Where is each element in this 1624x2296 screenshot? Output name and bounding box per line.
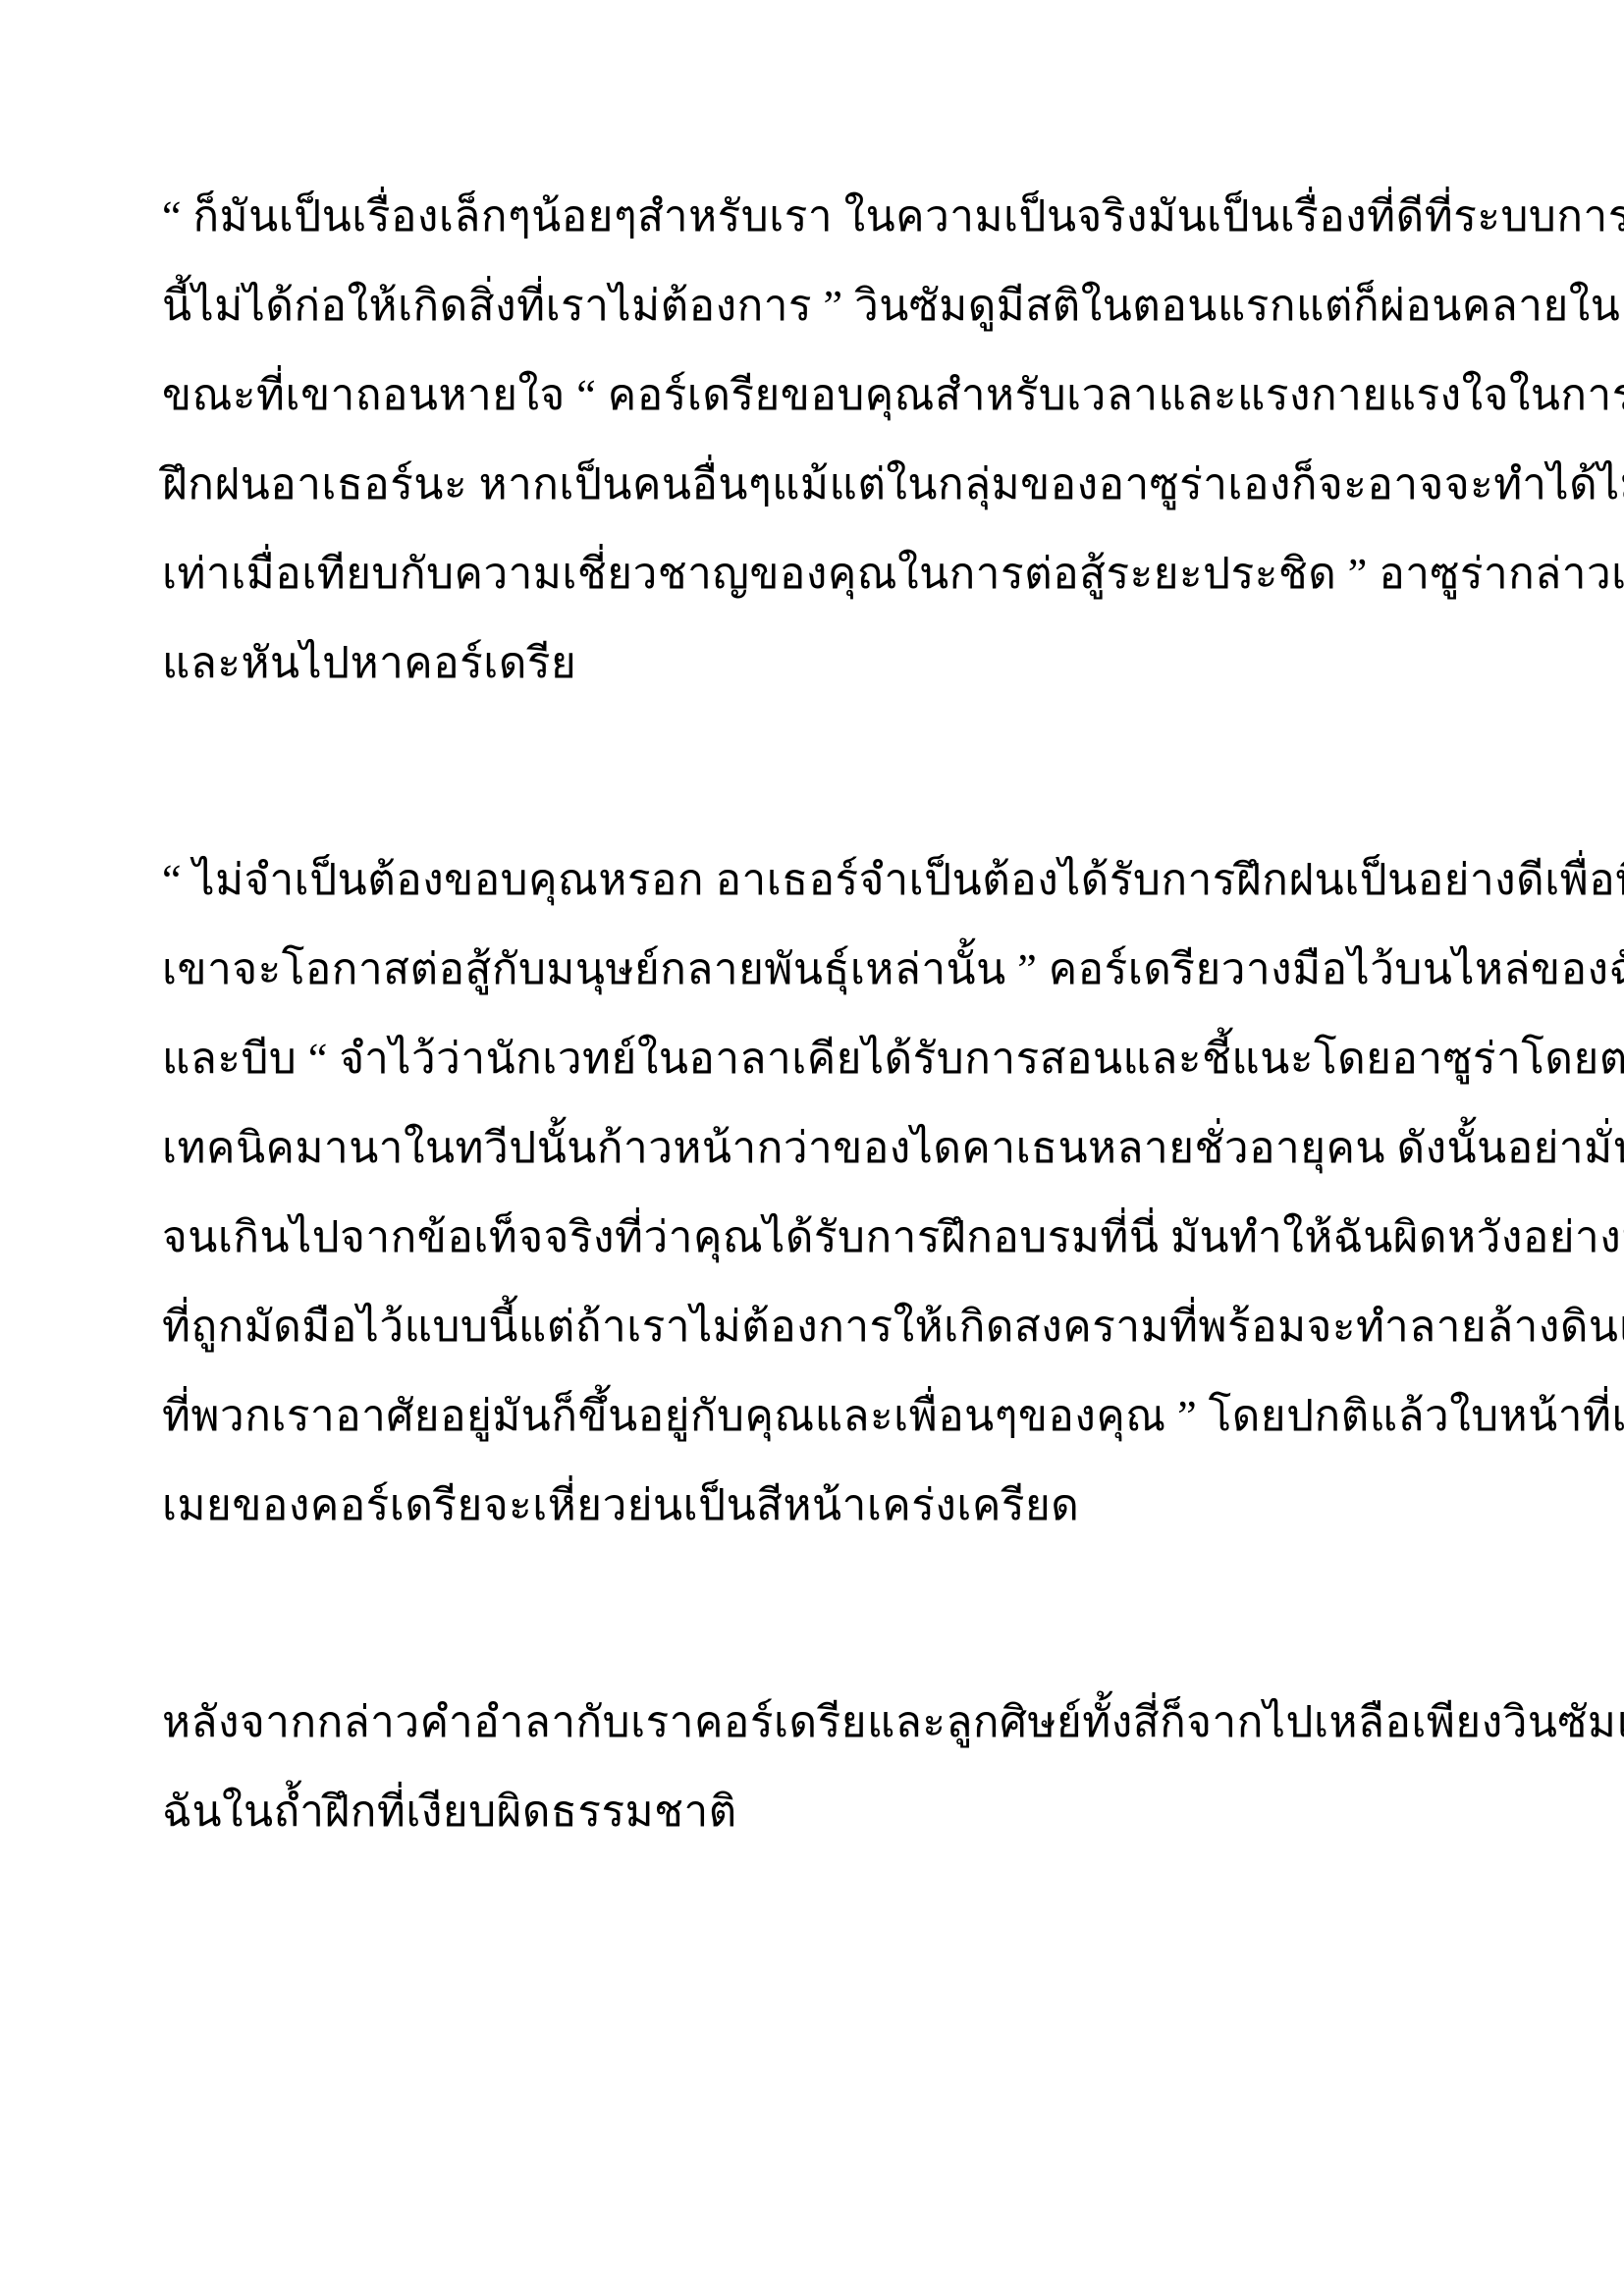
paragraph-2: “ ไม่จำเป็นต้องขอบคุณหรอก อาเธอร์จำเป็นต…: [162, 835, 1537, 1550]
text-line: เท่าเมื่อเทียบกับความเชี่ยวชาญของคุณในกา…: [162, 529, 1537, 618]
text-line: และบีบ “ จำไว้ว่านักเวทย์ในอาลาเคียได้รั…: [162, 1014, 1537, 1103]
text-line: “ ก็มันเป็นเรื่องเล็กๆน้อยๆสำหรับเรา ในค…: [162, 172, 1537, 261]
text-line: หลังจากกล่าวคำอำลากับเราคอร์เดรียและลูกศ…: [162, 1678, 1537, 1767]
text-line: เทคนิคมานาในทวีปนั้นก้าวหน้ากว่าของไดคาเ…: [162, 1103, 1537, 1193]
paragraph-3: หลังจากกล่าวคำอำลากับเราคอร์เดรียและลูกศ…: [162, 1678, 1537, 1856]
text-line: ฉันในถ้ำฝึกที่เงียบผิดธรรมชาติ: [162, 1767, 1537, 1856]
document-content: “ ก็มันเป็นเรื่องเล็กๆน้อยๆสำหรับเรา ในค…: [162, 172, 1537, 1984]
text-line: และหันไปหาคอร์เดรีย: [162, 618, 1537, 708]
paragraph-1: “ ก็มันเป็นเรื่องเล็กๆน้อยๆสำหรับเรา ในค…: [162, 172, 1537, 708]
text-line: เขาจะโอกาสต่อสู้กับมนุษย์กลายพันธุ์เหล่า…: [162, 925, 1537, 1014]
text-line: ฝึกฝนอาเธอร์นะ หากเป็นคนอื่นๆแม้แต่ในกลุ…: [162, 440, 1537, 529]
text-line: นี้ไม่ได้ก่อให้เกิดสิ่งที่เราไม่ต้องการ …: [162, 261, 1537, 350]
text-line: จนเกินไปจากข้อเท็จจริงที่ว่าคุณได้รับการ…: [162, 1193, 1537, 1282]
document-page: “ ก็มันเป็นเรื่องเล็กๆน้อยๆสำหรับเรา ในค…: [0, 0, 1624, 2296]
text-line: ที่ถูกมัดมือไว้แบบนี้แต่ถ้าเราไม่ต้องการ…: [162, 1282, 1537, 1371]
text-line: ขณะที่เขาถอนหายใจ “ คอร์เดรียขอบคุณสำหรั…: [162, 350, 1537, 440]
text-line: ที่พวกเราอาศัยอยู่มันก็ขึ้นอยู่กับคุณและ…: [162, 1371, 1537, 1461]
text-line: “ ไม่จำเป็นต้องขอบคุณหรอก อาเธอร์จำเป็นต…: [162, 835, 1537, 925]
text-line: เมยของคอร์เดรียจะเหี่ยวย่นเป็นสีหน้าเคร่…: [162, 1461, 1537, 1550]
